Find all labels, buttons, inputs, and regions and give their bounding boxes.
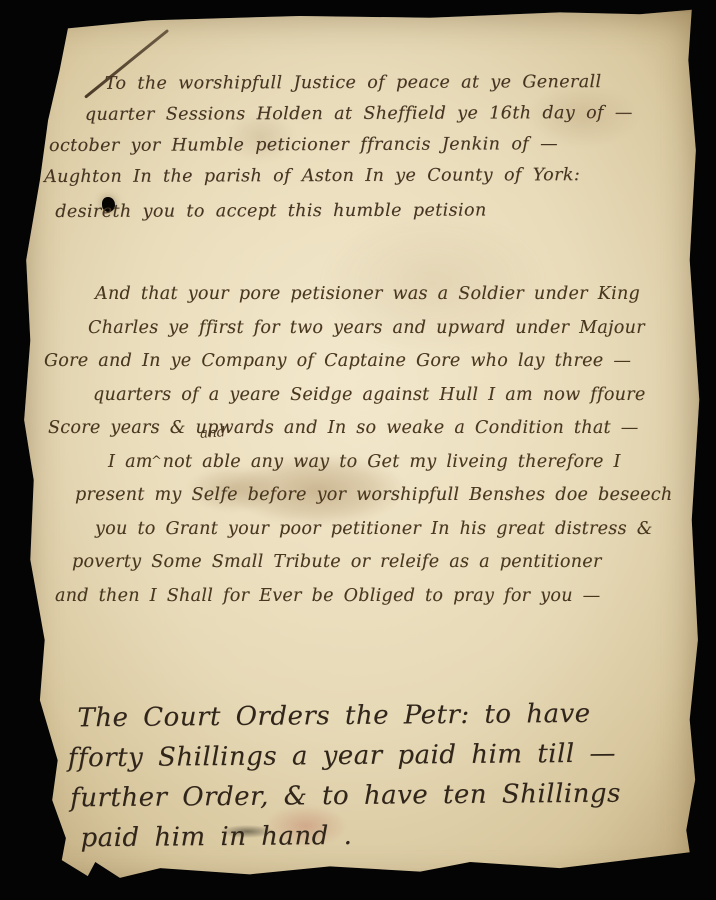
court-order-line: fforty Shillings a year paid him till — xyxy=(68,734,621,779)
court-order: The Court Orders the Petr: to have ffort… xyxy=(65,694,621,859)
petition-body-line: quarters of a yeare Seidge against Hull … xyxy=(93,379,672,413)
petition-body: And that your pore petisioner was a Sold… xyxy=(44,278,672,613)
interlined-insertion-word: and xyxy=(199,424,225,442)
petition-body-line: Gore and In ye Company of Captaine Gore … xyxy=(44,345,672,379)
petition-body-line: Charles ye ffirst for two years and upwa… xyxy=(88,312,672,346)
petition-heading-line: Aughton In the parish of Aston In ye Cou… xyxy=(44,160,633,193)
petition-body-line: And that your pore petisioner was a Sold… xyxy=(95,278,672,312)
manuscript-scan: To the worshipfull Justice of peace at y… xyxy=(0,0,716,900)
court-order-line: paid him in hand . xyxy=(80,814,621,859)
court-order-line: further Order, & to have ten Shillings xyxy=(70,774,621,819)
court-order-line: The Court Orders the Petr: to have xyxy=(77,694,620,739)
petition-body-line: you to Grant your poor petitioner In his… xyxy=(95,513,672,547)
insertion-caret-mark: ^ xyxy=(151,454,162,469)
petition-heading-line: To the worshipfull Justice of peace at y… xyxy=(105,67,633,100)
petition-heading: To the worshipfull Justice of peace at y… xyxy=(44,67,633,228)
petition-heading-line: october yor Humble peticioner ffrancis J… xyxy=(49,129,633,162)
petition-heading-line: desireth you to accept this humble petis… xyxy=(55,195,633,228)
petition-body-line: I am not able any way to Get my liveing … xyxy=(108,446,672,480)
petition-heading-line: quarter Sessions Holden at Sheffield ye … xyxy=(85,98,633,131)
petition-body-line: present my Selfe before yor worshipfull … xyxy=(75,479,672,513)
petition-body-line: poverty Some Small Tribute or releife as… xyxy=(72,546,672,580)
petition-body-line: Score years & upwards and In so weake a … xyxy=(48,412,672,446)
petition-paper-sheet: To the worshipfull Justice of peace at y… xyxy=(18,8,702,892)
petition-body-line: and then I Shall for Ever be Obliged to … xyxy=(55,580,672,614)
